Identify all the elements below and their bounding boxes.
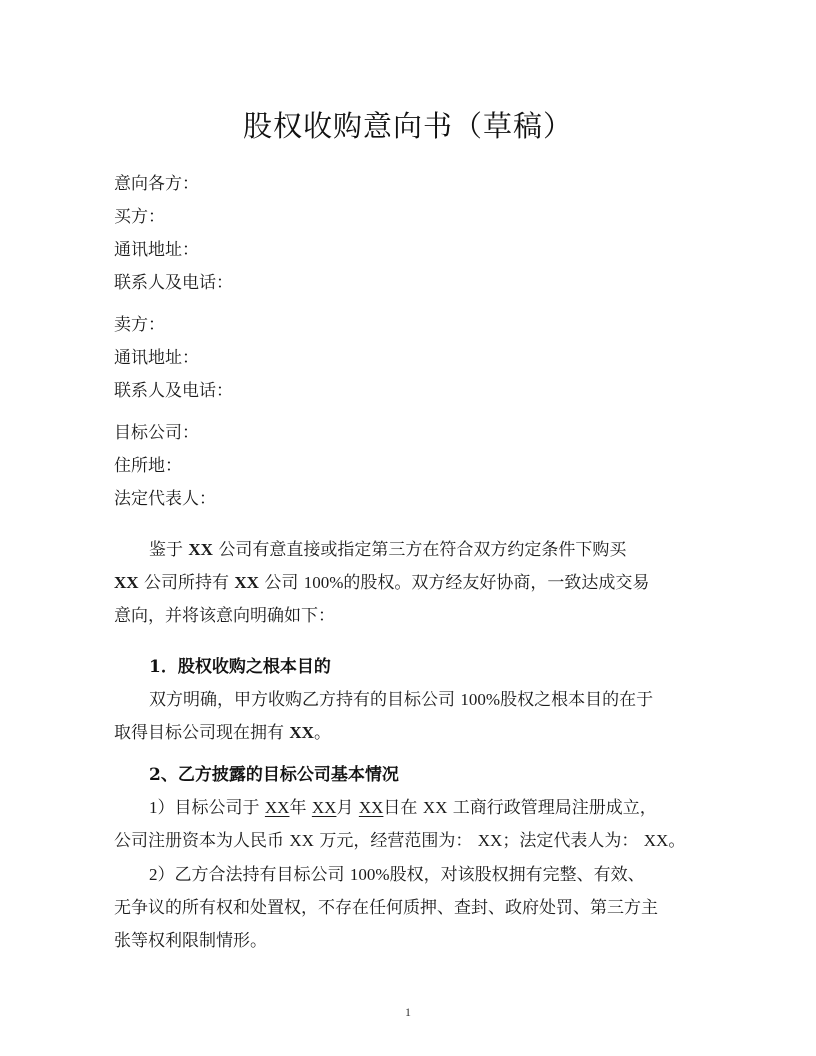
seller-address-label: 通讯地址： [114, 348, 199, 368]
section-2-heading: 2、乙方披露的目标公司基本情况 [149, 765, 399, 785]
seller-contact-label: 联系人及电话： [114, 381, 233, 401]
registration-year: XX [265, 798, 290, 817]
target-legal-rep-label: 法定代表人： [114, 489, 216, 509]
document-title: 股权收购意向书（草稿） [0, 104, 816, 145]
preamble-line-1: 鉴于 XX 公司有意直接或指定第三方在符合双方约定条件下购买 [114, 540, 626, 560]
buyer-address-label: 通讯地址： [114, 240, 199, 260]
parties-intro-label: 意向各方： [114, 174, 199, 194]
registration-day: XX [359, 798, 384, 817]
seller-label: 卖方： [114, 315, 165, 335]
target-domicile-label: 住所地： [114, 456, 182, 476]
target-company-label: 目标公司： [114, 423, 199, 443]
buyer-label: 买方： [114, 207, 165, 227]
registration-month: XX [312, 798, 337, 817]
page-number: 1 [0, 1005, 816, 1020]
buyer-contact-label: 联系人及电话： [114, 273, 233, 293]
preamble-line-3: 意向，并将该意向明确如下： [114, 606, 335, 626]
document-page: 股权收购意向书（草稿） 意向各方： 买方： 通讯地址： 联系人及电话： 卖方： … [0, 0, 816, 1056]
section-1-heading: 1．股权收购之根本目的 [149, 657, 331, 677]
preamble-line-2: XX 公司所持有 XX 公司 100%的股权。双方经友好协商，一致达成交易 [114, 573, 649, 593]
